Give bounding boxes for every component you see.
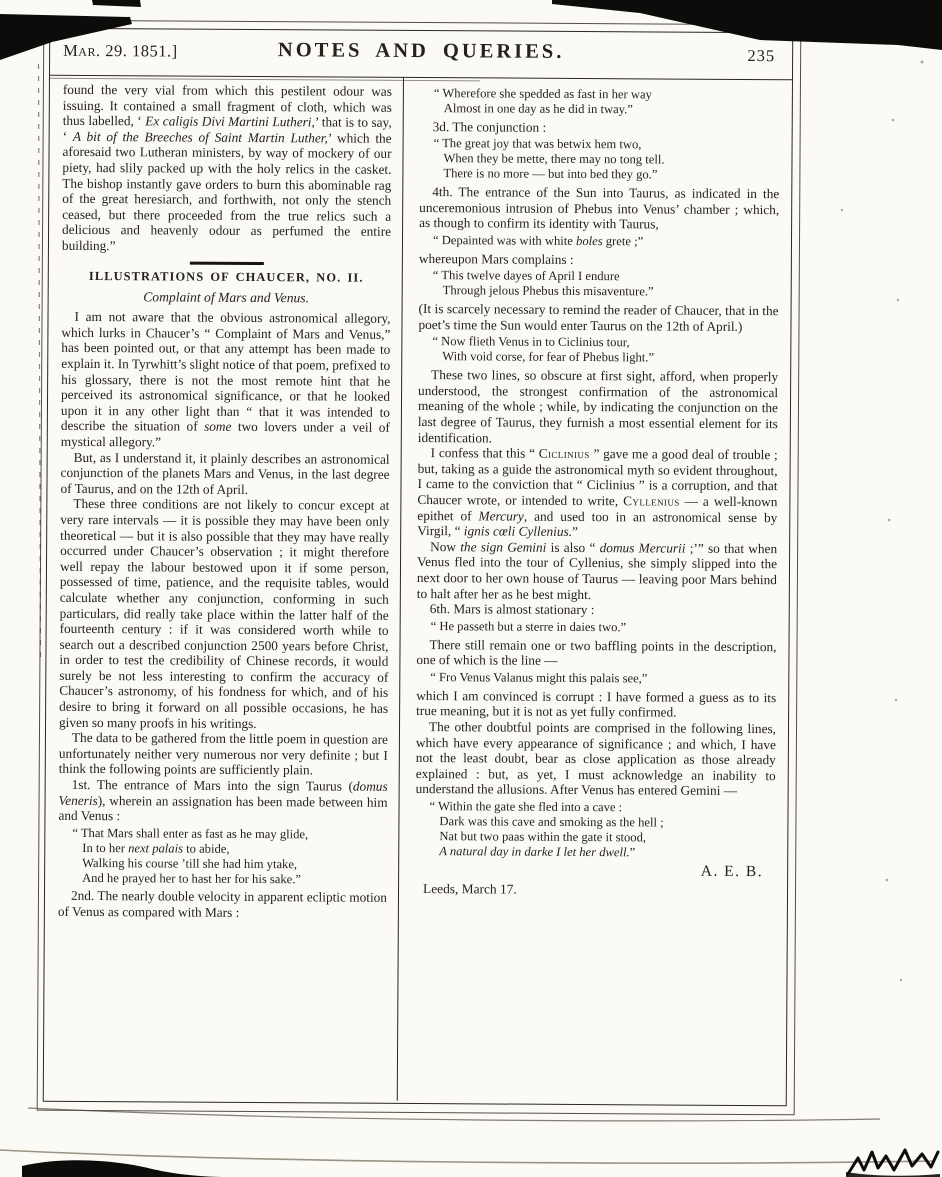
scan-scrawl-bottom-right-blob [846,1172,940,1177]
verse-line: Almost in one day as he did in tway.” [434,101,780,118]
verse-line: “ He passeth but a sterre in daies two.” [431,619,777,636]
paragraph: found the very vial from which this pest… [62,82,392,256]
italic-text: domus Veneris [59,779,388,808]
author-signature: A. E. B. [415,861,775,879]
page-below-edge-line [0,1150,935,1163]
italic-text: boles [576,234,603,248]
paragraph: 6th. Mars is almost stationary : [417,601,777,619]
italic-text: some [204,419,231,434]
paragraph: (It is scarcely necessary to remind the … [418,301,778,334]
italic-text: the sign Gemini [460,539,546,555]
paragraph: 2nd. The nearly double velocity in appar… [58,888,387,921]
paragraph: 1st. The entrance of Mars into the sign … [58,777,387,826]
verse-quote: “ Fro Venus Valanus might this palais se… [430,670,776,687]
dateline: Leeds, March 17. [415,881,775,899]
italic-text: A bit of the Breeches of Saint Martin Lu… [73,129,328,146]
verse-quote: “ Within the gate she fled into a cave :… [429,799,775,861]
paragraph: These three conditions are not likely to… [59,496,389,732]
verse-line: And he prayed her to hast her for his sa… [72,870,387,887]
italic-text: A natural day in darke I let her dwell. [439,844,629,859]
masthead: Mar. 29. 1851.] NOTES AND QUERIES. 235 [50,29,792,81]
verse-quote: “ He passeth but a sterre in daies two.” [431,619,777,636]
frame-bottom-extra-line [28,1108,880,1121]
small-caps-text: Cyllenius [623,493,680,508]
paragraph: 3d. The conjunction : [420,119,780,137]
verse-line: Dark was this cave and smoking as the he… [429,814,775,831]
verse-line: “ That Mars shall enter as fast as he ma… [72,826,387,843]
verse-line: A natural day in darke I let her dwell.” [429,844,775,861]
italic-text: ignis cœli Cyllenius. [464,523,572,539]
paragraph: The other doubtful points are comprised … [416,719,776,799]
verse-quote: “ This twelve dayes of April I endureThr… [433,268,779,300]
verse-quote: “ Now flieth Venus in to Ciclinius tour,… [432,334,778,366]
verse-line: Through jelous Phebus this misaventure.” [433,283,779,300]
left-column: found the very vial from which this pest… [44,75,404,1101]
publication-title: NOTES AND QUERIES. [50,38,792,66]
scanned-page-frame: Mar. 29. 1851.] NOTES AND QUERIES. 235 f… [43,28,794,1107]
article-heading: ILLUSTRATIONS OF CHAUCER, NO. II. [62,269,391,287]
paragraph: 4th. The entrance of the Sun into Taurus… [419,184,779,233]
verse-line: Walking his course ’till she had him yta… [72,856,387,873]
verse-quote: “ Depainted was with white boles grete ;… [433,233,779,250]
verse-line: With void corse, for fear of Phebus ligh… [432,349,778,366]
scan-smudge-bottom-left [22,1160,242,1177]
paragraph: There still remain one or two baffling p… [416,637,776,670]
verse-line: “ Fro Venus Valanus might this palais se… [430,670,776,687]
italic-text: next palais [128,841,183,855]
verse-line: In to her next palais to abide, [72,841,387,858]
verse-quote: “ That Mars shall enter as fast as he ma… [72,826,387,888]
paragraph: The data to be gathered from the little … [59,730,388,779]
italic-text: domus Mercurii [600,540,686,556]
paragraph: whereupon Mars complains : [419,251,779,269]
binding-dashed-line [39,64,41,660]
scan-scrawl-bottom-right [848,1150,938,1174]
small-caps-text: Ciclinius [539,446,590,461]
two-column-text-area: found the very vial from which this pest… [44,75,792,1104]
italic-text: Mercury [479,508,524,523]
article-subtitle: Complaint of Mars and Venus. [62,288,391,306]
verse-line: There is no more — but into bed they go.… [433,166,779,183]
scan-edge-top-strip [92,0,141,7]
italic-text: Ex caligis Divi Martini Lutheri, [145,114,315,130]
section-divider-rule [189,261,263,265]
paragraph: which I am convinced is corrupt : I have… [416,688,776,721]
paragraph: I am not aware that the obvious astronom… [61,309,391,451]
verse-quote: “ The great joy that was betwix hem two,… [433,136,779,183]
paragraph: But, as I understand it, it plainly desc… [60,449,389,498]
paragraph: Now the sign Gemini is also “ domus Merc… [417,539,777,604]
right-column: “ Wherefore she spedded as fast in her w… [398,77,792,1103]
margin-specks [841,61,924,982]
verse-quote: “ Wherefore she spedded as fast in her w… [434,86,780,118]
verse-line: “ Depainted was with white boles grete ;… [433,233,779,250]
page-number: 235 [747,46,775,66]
paragraph: I confess that this “ Ciclinius ” gave m… [417,445,778,541]
paragraph: These two lines, so obscure at first sig… [418,367,778,447]
